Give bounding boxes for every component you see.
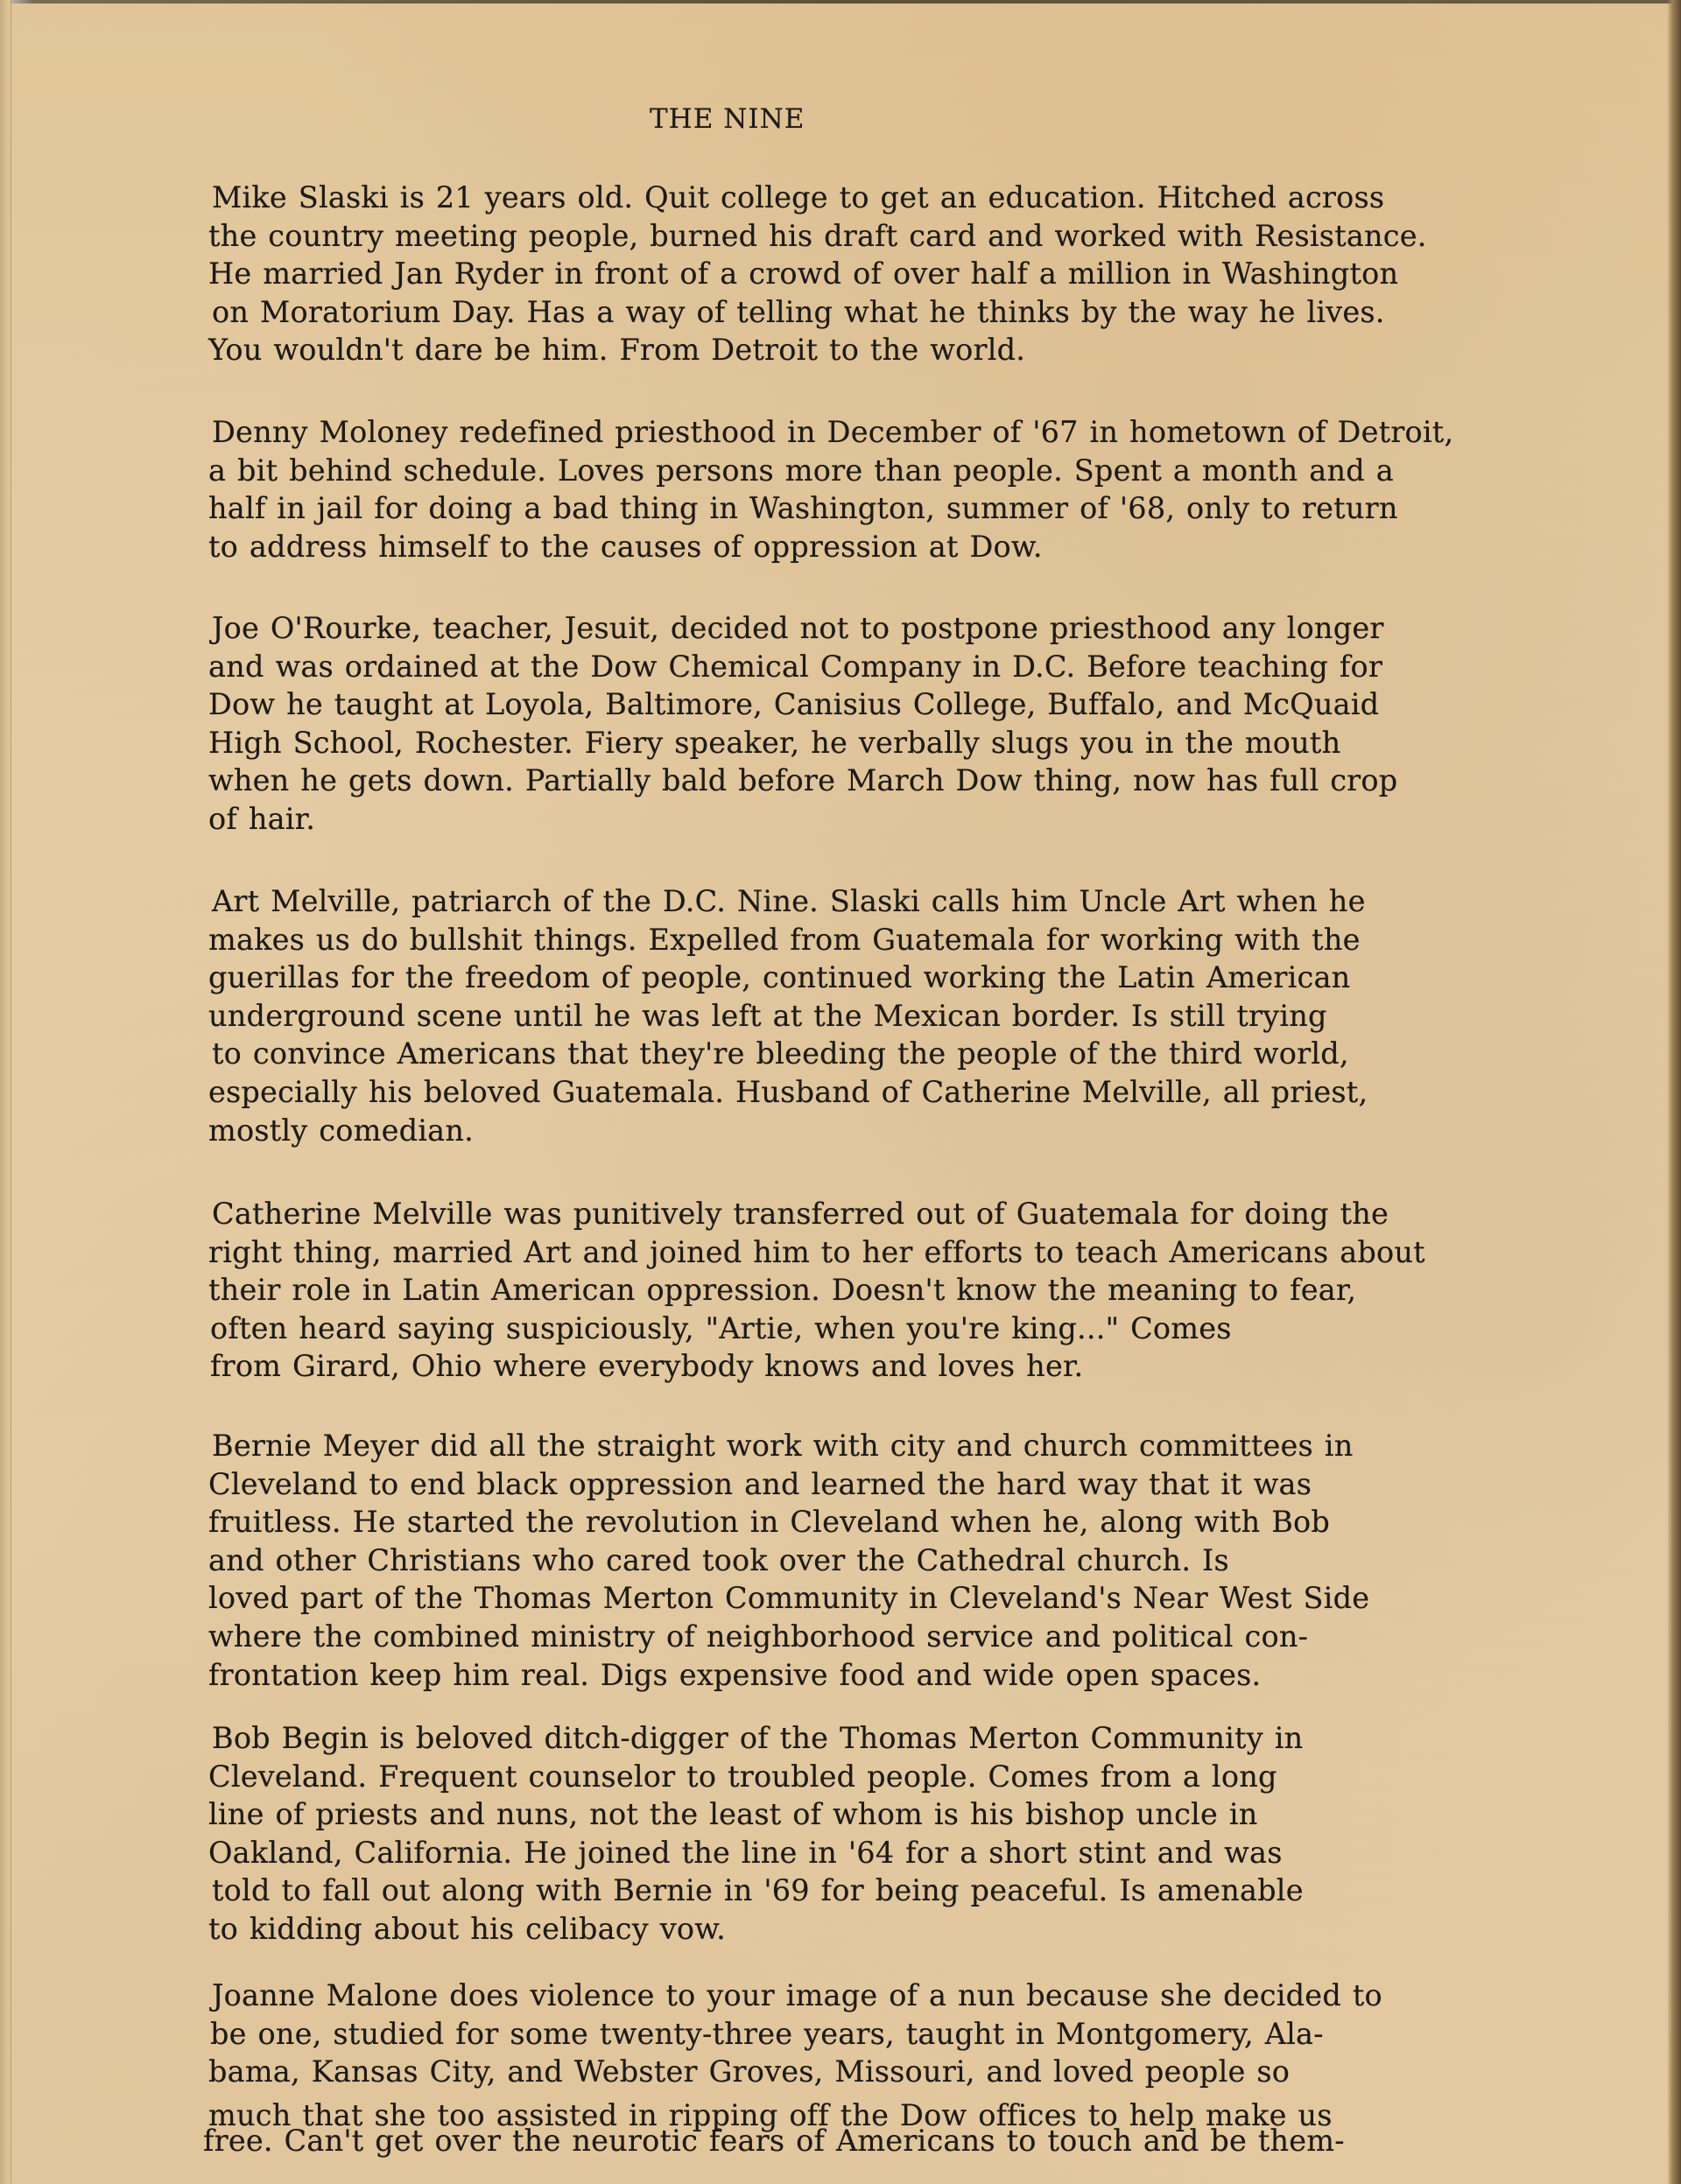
paragraph-art-melville: Art Melville, patriarch of the D.C. Nine… (208, 882, 1574, 1149)
text-line: a bit behind schedule. Loves persons mor… (208, 452, 1574, 490)
text-line: Bob Begin is beloved ditch-digger of the… (208, 1719, 1574, 1758)
text-line: mostly comedian. (208, 1112, 1574, 1150)
text-line: where the combined ministry of neighborh… (208, 1618, 1574, 1656)
text-line: be one, studied for some twenty-three ye… (208, 2015, 1574, 2054)
paper-right-edge-shadow (1667, 0, 1681, 2184)
text-line: underground scene until he was left at t… (208, 997, 1574, 1036)
text-line: Catherine Melville was punitively transf… (208, 1195, 1574, 1233)
paragraph-joe-orourke: Joe O'Rourke, teacher, Jesuit, decided n… (208, 609, 1574, 839)
text-line: You wouldn't dare be him. From Detroit t… (208, 331, 1574, 369)
paragraph-joanne-malone: Joanne Malone does violence to your imag… (208, 1977, 1574, 2160)
paper-top-edge (0, 0, 1681, 4)
text-line: to kidding about his celibacy vow. (208, 1910, 1574, 1949)
page-title: THE NINE (650, 103, 805, 135)
text-line: told to fall out along with Bernie in '6… (208, 1871, 1574, 1910)
text-line: often heard saying suspiciously, "Artie,… (208, 1310, 1574, 1348)
text-line: and other Christians who cared took over… (208, 1541, 1574, 1580)
text-line: He married Jan Ryder in front of a crowd… (208, 255, 1574, 293)
text-line: Cleveland. Frequent counselor to trouble… (208, 1758, 1574, 1796)
text-line: Bernie Meyer did all the straight work w… (208, 1427, 1574, 1465)
text-line: fruitless. He started the revolution in … (208, 1503, 1574, 1541)
paragraph-denny-moloney: Denny Moloney redefined priesthood in De… (208, 413, 1574, 565)
text-line: guerillas for the freedom of people, con… (208, 959, 1574, 997)
text-line: frontation keep him real. Digs expensive… (208, 1656, 1574, 1695)
text-line: on Moratorium Day. Has a way of telling … (208, 293, 1574, 332)
paragraph-catherine-melville: Catherine Melville was punitively transf… (208, 1195, 1574, 1386)
paragraph-bob-begin: Bob Begin is beloved ditch-digger of the… (208, 1719, 1574, 1949)
paper-left-edge (0, 0, 11, 2184)
text-line: of hair. (208, 800, 1574, 839)
text-line: and was ordained at the Dow Chemical Com… (208, 648, 1574, 686)
text-line: to address himself to the causes of oppr… (208, 528, 1574, 566)
text-line: Joe O'Rourke, teacher, Jesuit, decided n… (208, 609, 1574, 648)
text-line: from Girard, Ohio where everybody knows … (208, 1347, 1574, 1386)
text-line: half in jail for doing a bad thing in Wa… (208, 489, 1574, 528)
text-line: High School, Rochester. Fiery speaker, h… (208, 724, 1574, 762)
text-line: the country meeting people, burned his d… (208, 217, 1574, 256)
paragraph-mike-slaski: Mike Slaski is 21 years old. Quit colleg… (208, 179, 1574, 369)
text-line: when he gets down. Partially bald before… (208, 762, 1574, 800)
text-line: Denny Moloney redefined priesthood in De… (208, 413, 1574, 452)
text-line: Art Melville, patriarch of the D.C. Nine… (208, 882, 1574, 921)
text-line: makes us do bullshit things. Expelled fr… (208, 921, 1574, 959)
text-line: especially his beloved Guatemala. Husban… (208, 1073, 1574, 1112)
text-line: to convince Americans that they're bleed… (208, 1035, 1574, 1073)
text-line: Oakland, California. He joined the line … (208, 1834, 1574, 1872)
text-line: bama, Kansas City, and Webster Groves, M… (208, 2053, 1574, 2091)
text-line: loved part of the Thomas Merton Communit… (208, 1579, 1574, 1618)
text-line: Cleveland to end black oppression and le… (208, 1465, 1574, 1504)
text-line: Joanne Malone does violence to your imag… (208, 1977, 1574, 2015)
text-line: Dow he taught at Loyola, Baltimore, Cani… (208, 685, 1574, 724)
text-line: Mike Slaski is 21 years old. Quit colleg… (208, 179, 1574, 217)
scanned-page: THE NINE Mike Slaski is 21 years old. Qu… (0, 0, 1681, 2184)
paragraph-bernie-meyer: Bernie Meyer did all the straight work w… (208, 1427, 1574, 1694)
text-line: right thing, married Art and joined him … (208, 1233, 1574, 1272)
text-line: their role in Latin American oppression.… (208, 1271, 1574, 1310)
text-line: free. Can't get over the neurotic fears … (203, 2122, 1574, 2160)
text-line: line of priests and nuns, not the least … (208, 1795, 1574, 1834)
